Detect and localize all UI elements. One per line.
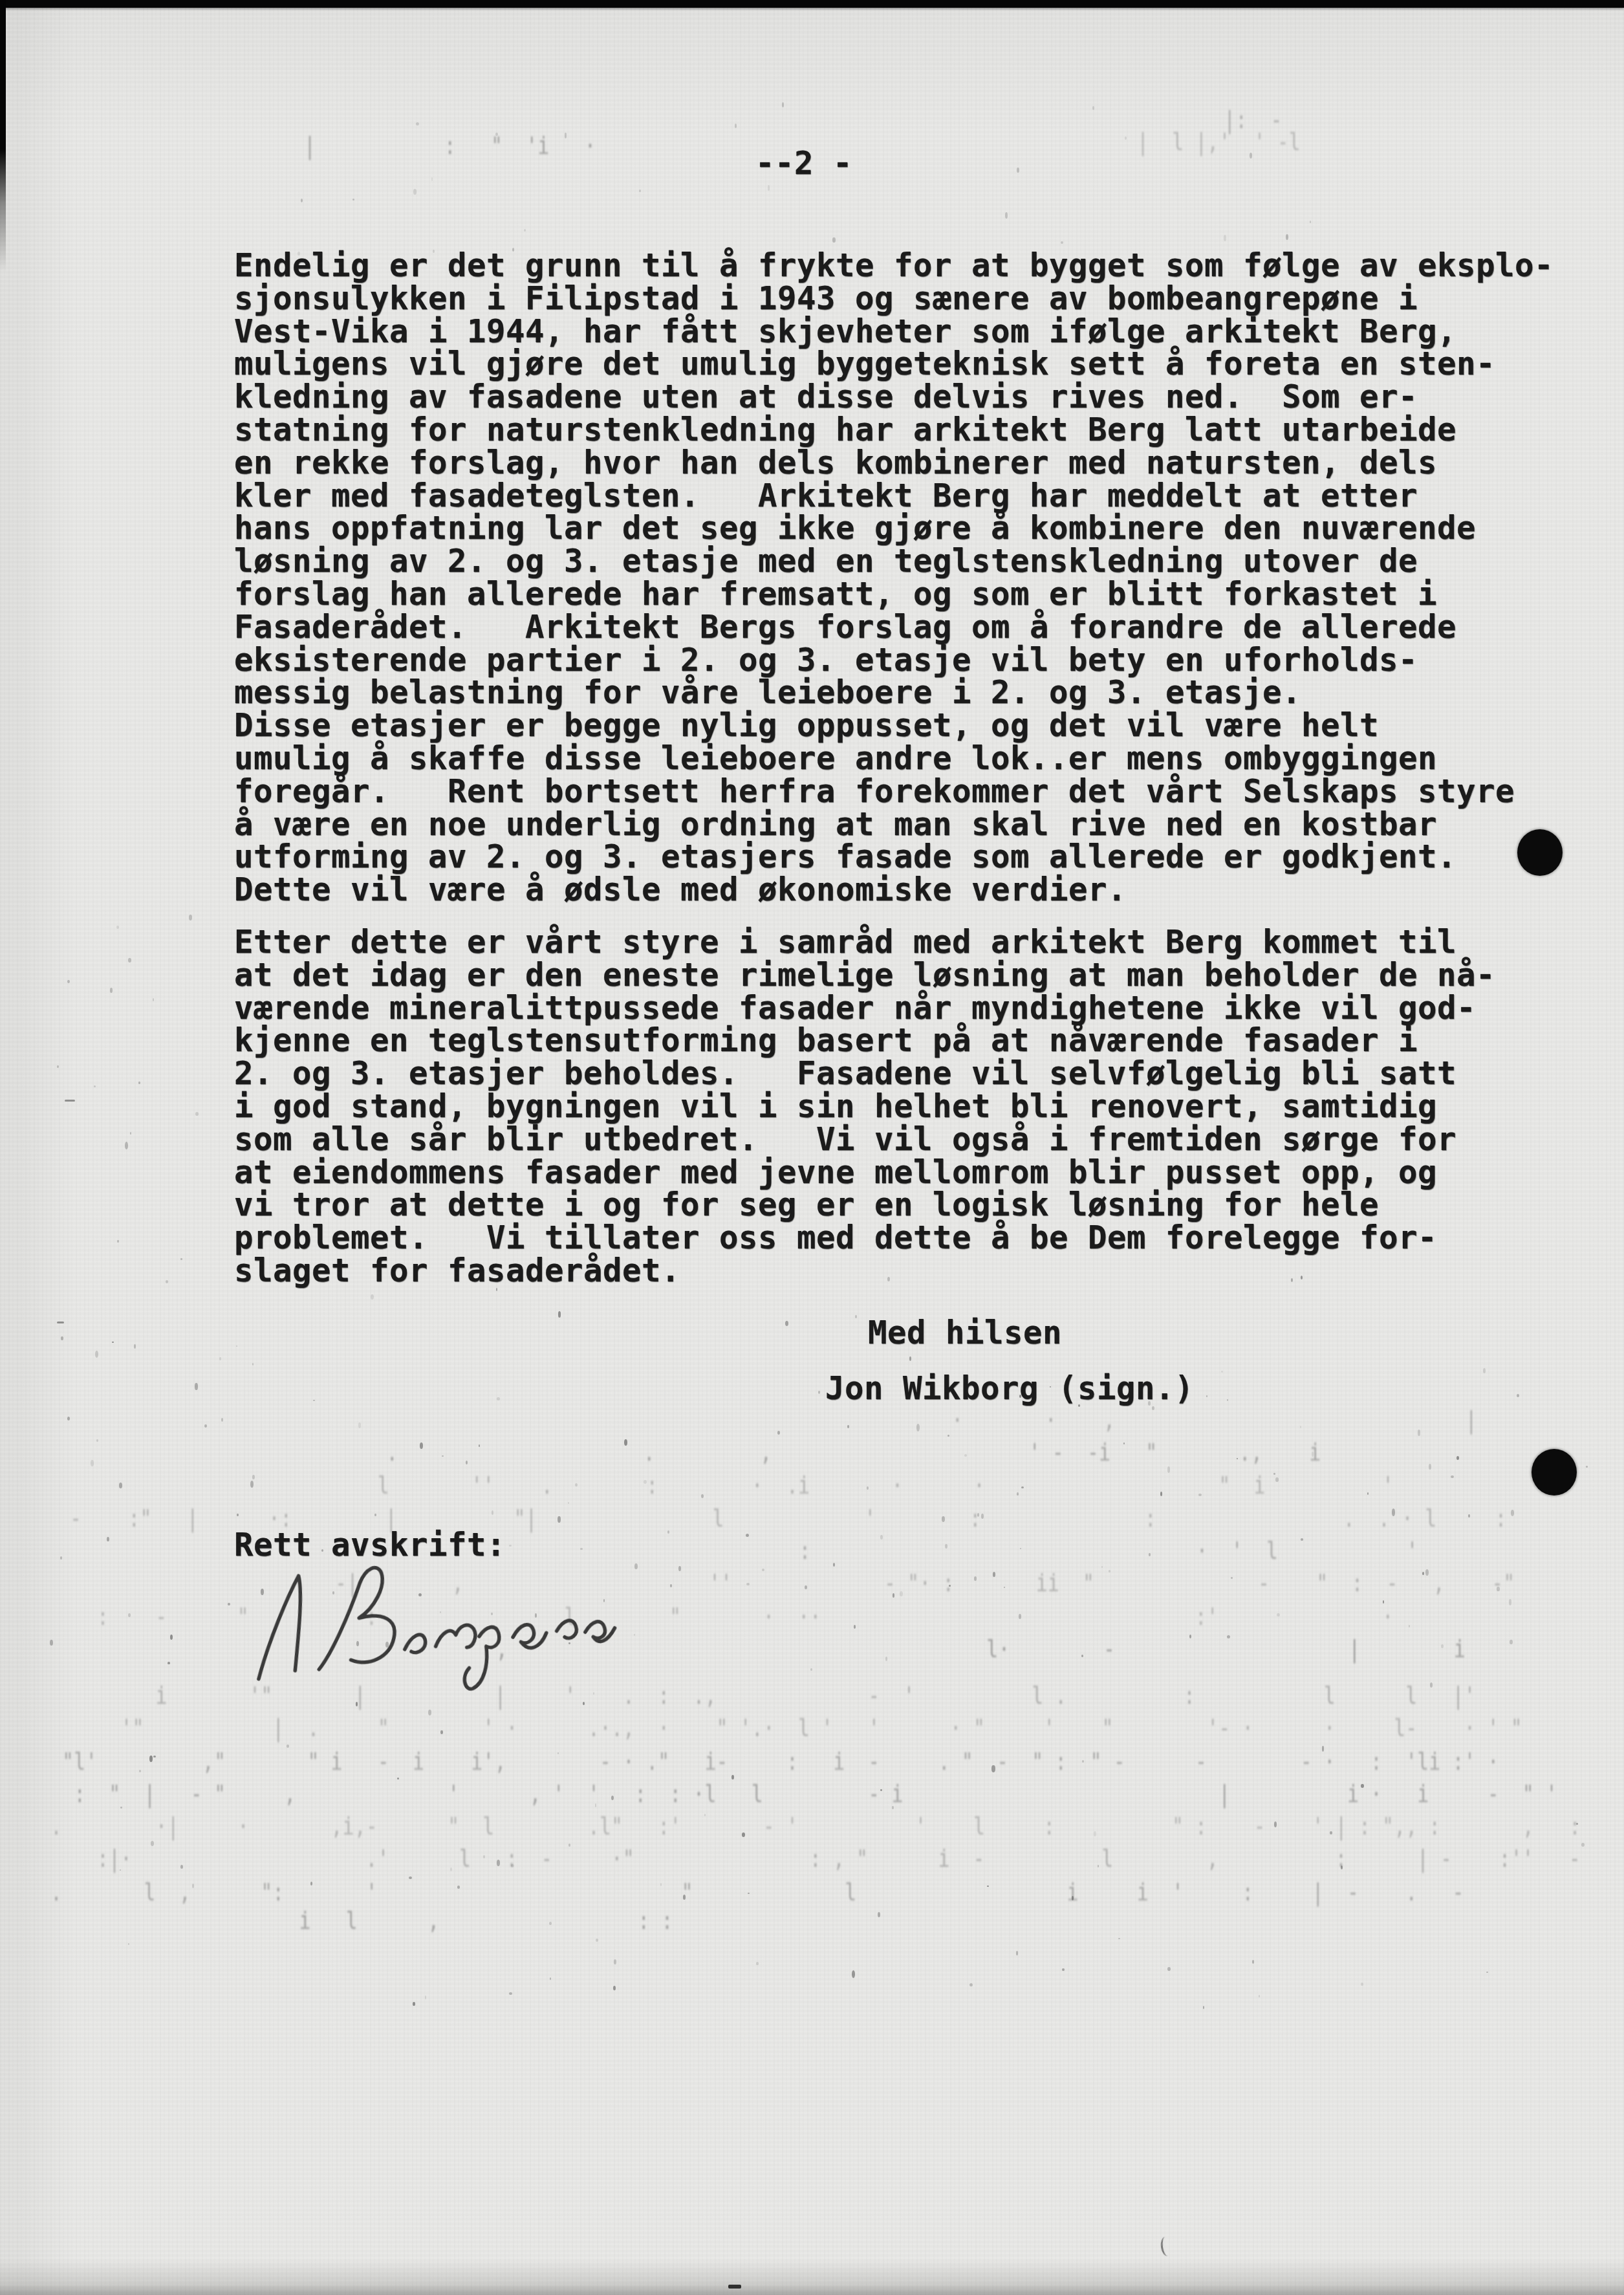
speck xyxy=(810,1668,812,1671)
speck xyxy=(949,1585,951,1587)
speck xyxy=(1189,1635,1191,1638)
speck xyxy=(130,1132,132,1135)
speck xyxy=(1227,1635,1230,1638)
speck xyxy=(1118,1938,1120,1939)
speck xyxy=(942,1516,945,1522)
speck xyxy=(678,1566,681,1571)
speck xyxy=(1005,212,1008,219)
speck xyxy=(1509,1599,1511,1605)
speck xyxy=(1409,1625,1410,1627)
speck xyxy=(1017,168,1019,173)
speck xyxy=(110,988,113,993)
speck xyxy=(1250,153,1252,158)
speck xyxy=(1497,1587,1499,1591)
speck xyxy=(818,1391,821,1394)
speck xyxy=(614,1959,616,1964)
speck xyxy=(497,1860,500,1865)
speck xyxy=(128,958,131,963)
hole-punch-top xyxy=(1517,829,1563,876)
body-paragraph-2: Etter dette er vårt styre i samråd med a… xyxy=(234,926,1495,1288)
speck xyxy=(1072,1896,1074,1900)
margin-dash-mark xyxy=(65,1100,75,1102)
speck xyxy=(782,102,784,107)
speck xyxy=(358,1422,361,1428)
scan-bottom-shadow xyxy=(0,2259,1624,2295)
speck xyxy=(1422,1572,1424,1575)
speck xyxy=(1312,1452,1314,1457)
speck xyxy=(371,1294,374,1300)
speck xyxy=(440,1730,443,1734)
speck xyxy=(1430,1682,1433,1687)
scan-top-edge xyxy=(0,0,1624,8)
speck xyxy=(67,1417,70,1420)
speck xyxy=(1062,1968,1065,1972)
speck xyxy=(128,1613,131,1617)
speck xyxy=(1020,1548,1021,1549)
speck xyxy=(1252,1960,1254,1964)
speck xyxy=(660,1883,662,1886)
speck xyxy=(916,1424,920,1431)
speck xyxy=(1221,1371,1223,1373)
speck xyxy=(855,1315,857,1318)
margin-dash-mark xyxy=(57,1322,64,1323)
speck xyxy=(880,1789,882,1791)
speck xyxy=(575,1483,578,1486)
speck xyxy=(450,1867,452,1871)
speck xyxy=(483,1855,485,1858)
speck xyxy=(1167,1967,1171,1971)
speck xyxy=(568,1502,569,1504)
speck xyxy=(1167,1466,1170,1473)
speck xyxy=(909,1356,911,1360)
speck xyxy=(1098,1865,1099,1867)
speck xyxy=(466,1461,468,1465)
speck xyxy=(134,1344,136,1349)
speck xyxy=(558,1311,561,1317)
hole-punch-bottom xyxy=(1532,1449,1577,1496)
ghost-text-row: l '' . : · .i · · " i ' xyxy=(39,1474,1581,1499)
speck xyxy=(1330,1831,1332,1834)
speck xyxy=(644,1480,647,1484)
speck xyxy=(1300,1426,1301,1428)
speck xyxy=(420,1442,423,1449)
speck xyxy=(94,1085,95,1087)
speck xyxy=(151,1841,154,1846)
speck xyxy=(969,1983,973,1986)
speck xyxy=(1486,1972,1488,1973)
speck xyxy=(153,1756,157,1758)
speck xyxy=(237,1514,238,1516)
speck xyxy=(1021,1486,1024,1488)
speck xyxy=(431,177,433,181)
speck xyxy=(1468,1514,1470,1517)
speck xyxy=(57,1065,59,1067)
speck xyxy=(981,1514,984,1519)
speck xyxy=(742,1833,745,1837)
ghost-text-row: : " | - " , ' , ' ' : : ·l l - i | i · i… xyxy=(39,1783,1581,1807)
speck xyxy=(1203,2006,1204,2008)
speck xyxy=(1310,221,1311,223)
speck xyxy=(511,1864,514,1867)
speck xyxy=(128,1943,130,1945)
speck xyxy=(1277,1613,1280,1617)
speck xyxy=(880,1535,883,1539)
speck xyxy=(1081,1655,1083,1657)
speck xyxy=(1125,136,1126,140)
speck xyxy=(192,1884,194,1888)
speck xyxy=(409,1876,412,1879)
speck xyxy=(301,199,303,202)
speck xyxy=(204,1424,207,1428)
speck xyxy=(120,1869,121,1871)
speck xyxy=(550,1977,551,1980)
speck xyxy=(107,1537,109,1541)
speck xyxy=(1429,1464,1431,1470)
speck xyxy=(352,199,354,201)
speck xyxy=(1082,1760,1084,1763)
speck xyxy=(1286,234,1288,240)
speck xyxy=(704,1814,706,1816)
speck xyxy=(1301,1538,1303,1541)
ghost-text-row: '" | . " ' · .·., · " '.· l ' ' · " ' " … xyxy=(39,1717,1581,1741)
speck xyxy=(1101,1566,1103,1568)
speck xyxy=(683,1895,686,1900)
speck xyxy=(1581,1843,1585,1847)
speck xyxy=(509,1545,512,1547)
speck xyxy=(549,1922,552,1925)
speck xyxy=(833,1563,836,1567)
speck xyxy=(974,1576,977,1580)
speck xyxy=(854,1625,855,1629)
speck xyxy=(153,998,154,1001)
speck xyxy=(120,1807,123,1809)
speck xyxy=(91,1460,94,1466)
speck xyxy=(1061,241,1063,244)
speck xyxy=(442,1455,444,1457)
speck xyxy=(413,2002,415,2006)
speck xyxy=(495,133,498,135)
ghost-text-row: | : " 'i · xyxy=(304,135,596,159)
speck xyxy=(1017,1492,1019,1495)
speck xyxy=(195,1383,198,1390)
speck xyxy=(1383,1600,1384,1604)
ghost-text-row: i l , : : xyxy=(194,1909,907,1934)
speck xyxy=(777,1431,781,1435)
speck xyxy=(457,1886,460,1888)
speck xyxy=(61,1336,63,1340)
speck xyxy=(1004,1587,1005,1588)
speck xyxy=(116,926,119,929)
speck xyxy=(964,1454,967,1457)
speck xyxy=(1016,1951,1018,1956)
speck xyxy=(947,1435,949,1437)
speck xyxy=(180,1865,183,1868)
speck xyxy=(596,1939,598,1942)
speck xyxy=(228,1603,230,1606)
scan-left-edge xyxy=(0,0,6,272)
speck xyxy=(878,1912,880,1917)
speck xyxy=(492,1510,493,1515)
speck xyxy=(1227,1399,1229,1402)
speck xyxy=(565,133,567,138)
speck xyxy=(595,1803,597,1807)
speck xyxy=(112,1342,114,1343)
speck xyxy=(805,1585,807,1589)
speck xyxy=(1019,1614,1021,1619)
speck xyxy=(1273,1473,1275,1474)
speck xyxy=(1224,235,1226,241)
speck xyxy=(613,1986,616,1990)
speck xyxy=(945,1544,947,1549)
speck xyxy=(1149,1553,1150,1556)
speck xyxy=(746,1583,749,1585)
speck xyxy=(1109,1570,1110,1572)
signer-name-line: Jon Wikborg (sign.) xyxy=(825,1373,1194,1406)
ghost-text-row: . ·| · ,i,- " l .l" :' - ' ' l : " : - '… xyxy=(39,1815,1581,1840)
speck xyxy=(416,122,418,125)
speck xyxy=(1198,1494,1202,1496)
speck xyxy=(170,1635,173,1640)
speck xyxy=(1123,1442,1125,1444)
speck xyxy=(1206,1395,1207,1397)
speck xyxy=(568,1844,570,1846)
speck xyxy=(667,1530,670,1534)
speck xyxy=(847,1425,849,1428)
speck xyxy=(987,1886,988,1887)
speck xyxy=(413,189,417,195)
speck xyxy=(1367,1492,1369,1495)
speck xyxy=(497,1397,499,1400)
speck xyxy=(756,1962,759,1964)
speck xyxy=(310,1882,312,1886)
speck xyxy=(832,237,835,243)
speck xyxy=(1341,1865,1343,1869)
speck xyxy=(313,1400,315,1402)
speck xyxy=(1275,1477,1279,1482)
speck xyxy=(768,185,770,190)
speck xyxy=(1361,1784,1363,1788)
speck xyxy=(583,1702,585,1705)
speck xyxy=(1425,1569,1429,1576)
speck xyxy=(785,1321,788,1326)
speck xyxy=(117,1240,119,1243)
speck xyxy=(60,1556,62,1560)
speck xyxy=(624,1439,627,1445)
scan-bottom-mark xyxy=(728,2285,741,2289)
speck xyxy=(195,1112,199,1116)
speck xyxy=(1511,1510,1514,1516)
ghost-text-row: | l |,' ' -l xyxy=(1137,131,1301,155)
speck xyxy=(731,1775,734,1779)
speck xyxy=(748,1893,750,1894)
speck xyxy=(252,1475,255,1479)
speck xyxy=(1237,1458,1238,1460)
speck xyxy=(735,124,737,127)
speck xyxy=(977,1513,979,1517)
speck xyxy=(558,1516,561,1523)
speck xyxy=(893,1593,894,1597)
speck xyxy=(852,1970,855,1977)
speck xyxy=(993,1572,996,1577)
speck xyxy=(1586,1466,1588,1468)
body-paragraph-1: Endelig er det grunn til å frykte for at… xyxy=(234,250,1554,907)
speck xyxy=(611,1796,614,1800)
speck xyxy=(1274,1822,1277,1828)
ghost-text-row: . . , ' - -i " ., i xyxy=(129,1441,1590,1466)
speck xyxy=(479,1444,481,1447)
speck xyxy=(670,1584,672,1587)
ghost-text-row: |: - xyxy=(1177,109,1294,133)
speck xyxy=(1259,1995,1260,1997)
speck xyxy=(892,1806,893,1809)
speck xyxy=(168,1662,171,1664)
handwritten-signature xyxy=(234,1540,668,1711)
speck xyxy=(762,1569,764,1571)
speck xyxy=(287,1745,290,1748)
speck xyxy=(95,1351,98,1358)
speck xyxy=(1160,1492,1162,1496)
ghost-text-row: :|· .' l : - ·" : , " i - l , : | - :'' … xyxy=(97,1847,1581,1872)
speck xyxy=(991,1765,995,1772)
speck xyxy=(1418,1430,1420,1436)
ghost-text-row: "l' ," " i - i i', - · ." i- : i - . " -… xyxy=(39,1750,1581,1775)
speck xyxy=(701,1494,704,1498)
speck xyxy=(221,1418,223,1422)
speck xyxy=(1094,1831,1096,1837)
speck xyxy=(1322,1746,1325,1752)
speck xyxy=(1517,1394,1519,1397)
speck xyxy=(524,229,526,232)
speck xyxy=(166,1280,168,1283)
speck xyxy=(67,980,70,983)
speck xyxy=(125,1142,128,1149)
speck xyxy=(1092,106,1095,110)
speck xyxy=(1456,1456,1459,1460)
speck xyxy=(1392,1508,1395,1516)
speck xyxy=(219,1357,221,1360)
scanned-letter-page: --2 - Endelig er det grunn til å frykte … xyxy=(0,0,1624,2295)
speck xyxy=(252,1363,254,1365)
closing-salutation: Med hilsen xyxy=(868,1317,1062,1350)
speck xyxy=(746,1534,749,1537)
speck xyxy=(639,190,641,191)
speck xyxy=(1483,1368,1486,1373)
speck xyxy=(50,1640,53,1646)
speck xyxy=(425,1996,427,1999)
speck xyxy=(900,1591,903,1596)
speck xyxy=(867,1486,869,1490)
speck xyxy=(138,1082,140,1085)
speck xyxy=(119,1483,122,1489)
ghost-text-row: : · ' l ' xyxy=(530,1539,1582,1564)
speck xyxy=(1441,1644,1444,1648)
speck xyxy=(250,1481,254,1488)
speck xyxy=(1361,1983,1363,1986)
speck xyxy=(189,915,192,920)
speck xyxy=(96,1439,98,1442)
speck xyxy=(139,1770,141,1772)
speck xyxy=(1576,1823,1578,1825)
speck xyxy=(1231,1577,1233,1579)
speck xyxy=(558,1752,559,1754)
speck xyxy=(180,1258,182,1259)
speck xyxy=(885,1657,887,1661)
speck xyxy=(397,1778,399,1779)
ghost-text-row: · · , | xyxy=(356,1409,1489,1433)
stray-ink-mark xyxy=(1160,2236,1173,2257)
speck xyxy=(236,1345,237,1347)
speck xyxy=(428,1710,431,1715)
speck xyxy=(509,1992,512,1995)
page-number: --2 - xyxy=(755,147,852,180)
speck xyxy=(1451,1475,1453,1478)
speck xyxy=(149,1756,153,1762)
ghost-text-row: . l , ": ' " l i i ' : | - . - xyxy=(39,1881,1488,1906)
speck xyxy=(1510,1640,1513,1645)
speck xyxy=(374,1514,376,1516)
